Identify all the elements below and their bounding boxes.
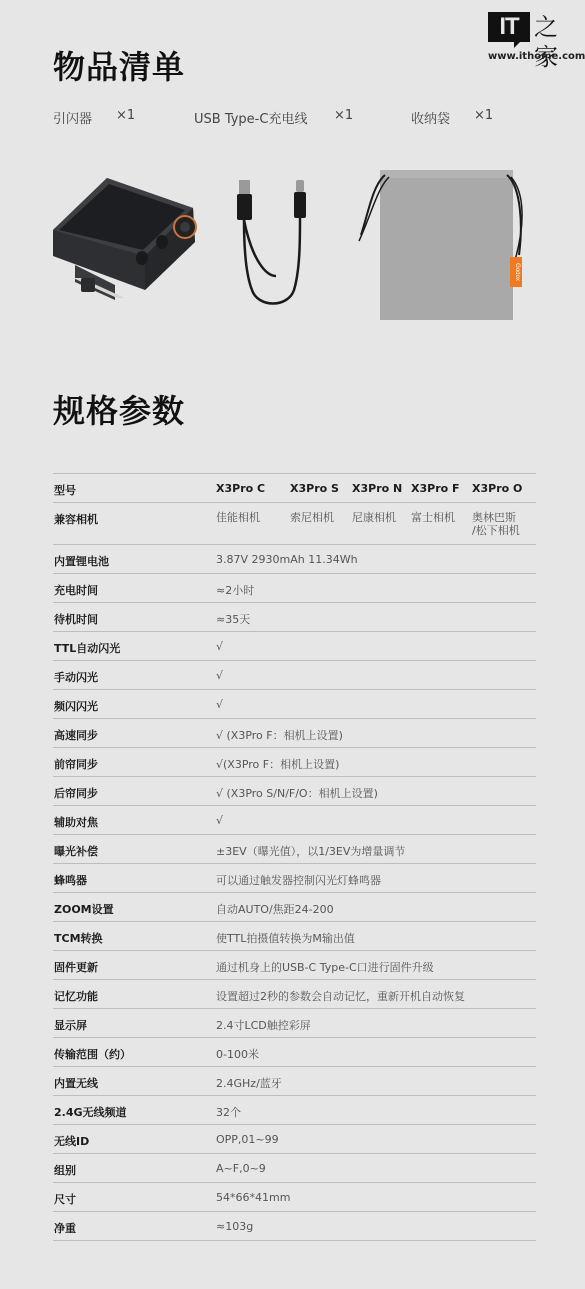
table-row: 无线IDOPP,01~99 bbox=[53, 1124, 536, 1153]
row-label: 固件更新 bbox=[54, 959, 98, 975]
row-value: √ bbox=[216, 814, 223, 827]
table-row: 传输范围（约）0-100米 bbox=[53, 1037, 536, 1066]
row-label: 型号 bbox=[54, 482, 76, 498]
table-header-row: 型号 X3Pro C X3Pro S X3Pro N X3Pro F X3Pro… bbox=[53, 473, 536, 502]
packing-list-title: 物品清单 bbox=[53, 42, 185, 88]
compat-value: 富士相机 bbox=[411, 511, 455, 524]
pack-item-qty: ×1 bbox=[474, 108, 493, 123]
row-label: 2.4G无线频道 bbox=[54, 1104, 127, 1120]
row-label: 曝光补偿 bbox=[54, 843, 98, 859]
pack-item-name: USB Type-C充电线 bbox=[194, 108, 307, 127]
row-value: OPP,01~99 bbox=[216, 1133, 279, 1146]
row-value: 自动AUTO/焦距24-200 bbox=[216, 901, 334, 917]
table-row: 内置锂电池3.87V 2930mAh 11.34Wh bbox=[53, 544, 536, 573]
compat-value: 奥林巴斯 /松下相机 bbox=[472, 511, 520, 537]
table-row: ZOOM设置自动AUTO/焦距24-200 bbox=[53, 892, 536, 921]
model-header: X3Pro C bbox=[216, 482, 265, 495]
pack-item-qty: ×1 bbox=[334, 108, 353, 123]
ithome-logo: IT 之家 www.ithome.com bbox=[488, 12, 580, 67]
row-label: 无线ID bbox=[54, 1133, 89, 1149]
logo-speech-tail bbox=[514, 42, 520, 48]
logo-it-box: IT bbox=[488, 12, 530, 42]
row-value: ≈2小时 bbox=[216, 582, 254, 598]
row-label: 显示屏 bbox=[54, 1017, 87, 1033]
spec-rows: 内置锂电池3.87V 2930mAh 11.34Wh充电时间≈2小时待机时间≈3… bbox=[53, 544, 536, 1241]
table-row: TTL自动闪光√ bbox=[53, 631, 536, 660]
row-value: 使TTL拍摄值转换为M输出值 bbox=[216, 930, 355, 946]
compat-value: 尼康相机 bbox=[352, 511, 396, 524]
row-value: 2.4GHz/蓝牙 bbox=[216, 1075, 282, 1091]
row-value: ≈103g bbox=[216, 1220, 253, 1233]
row-value: 可以通过触发器控制闪光灯蜂鸣器 bbox=[216, 872, 381, 888]
row-label: 兼容相机 bbox=[54, 511, 98, 527]
row-label: 记忆功能 bbox=[54, 988, 98, 1004]
table-row: 频闪闪光√ bbox=[53, 689, 536, 718]
row-value: 设置超过2秒的参数会自动记忆，重新开机自动恢复 bbox=[216, 988, 465, 1004]
model-header: X3Pro N bbox=[352, 482, 402, 495]
usb-cable-image bbox=[232, 180, 312, 315]
table-row: 蜂鸣器可以通过触发器控制闪光灯蜂鸣器 bbox=[53, 863, 536, 892]
table-row: 固件更新通过机身上的USB-C Type-C口进行固件升级 bbox=[53, 950, 536, 979]
row-label: 充电时间 bbox=[54, 582, 98, 598]
model-header: X3Pro F bbox=[411, 482, 460, 495]
specs-title: 规格参数 bbox=[53, 386, 185, 432]
row-label: 前帘同步 bbox=[54, 756, 98, 772]
row-label: 频闪闪光 bbox=[54, 698, 98, 714]
storage-pouch-image: Godox bbox=[355, 165, 535, 325]
row-value: √ bbox=[216, 640, 223, 653]
compat-value: 索尼相机 bbox=[290, 511, 334, 524]
specs-table: 型号 X3Pro C X3Pro S X3Pro N X3Pro F X3Pro… bbox=[53, 473, 536, 1241]
compat-value: 佳能相机 bbox=[216, 511, 260, 524]
model-header: X3Pro S bbox=[290, 482, 339, 495]
row-value: 54*66*41mm bbox=[216, 1191, 290, 1204]
logo-chinese-text: 之家 bbox=[534, 12, 580, 72]
row-label: 高速同步 bbox=[54, 727, 98, 743]
table-row: 高速同步√ (X3Pro F：相机上设置) bbox=[53, 718, 536, 747]
row-label: TCM转换 bbox=[54, 930, 103, 946]
row-value: √ bbox=[216, 698, 223, 711]
row-label: 内置无线 bbox=[54, 1075, 98, 1091]
logo-url: www.ithome.com bbox=[488, 51, 585, 62]
table-row: TCM转换使TTL拍摄值转换为M输出值 bbox=[53, 921, 536, 950]
table-row: 手动闪光√ bbox=[53, 660, 536, 689]
table-row: 待机时间≈35天 bbox=[53, 602, 536, 631]
row-value: 3.87V 2930mAh 11.34Wh bbox=[216, 553, 358, 566]
table-row: 组别A~F,0~9 bbox=[53, 1153, 536, 1182]
row-value: √ (X3Pro F：相机上设置) bbox=[216, 727, 343, 743]
table-row: 2.4G无线频道32个 bbox=[53, 1095, 536, 1124]
row-value: √ bbox=[216, 669, 223, 682]
row-value: √ (X3Pro S/N/F/O：相机上设置) bbox=[216, 785, 378, 801]
row-label: 待机时间 bbox=[54, 611, 98, 627]
table-row-compat: 兼容相机 佳能相机 索尼相机 尼康相机 富士相机 奥林巴斯 /松下相机 bbox=[53, 502, 536, 544]
svg-text:Godox: Godox bbox=[514, 263, 520, 281]
row-value: 0-100米 bbox=[216, 1046, 259, 1062]
row-label: ZOOM设置 bbox=[54, 901, 114, 917]
row-value: ±3EV（曝光值），以1/3EV为增量调节 bbox=[216, 843, 405, 859]
row-label: TTL自动闪光 bbox=[54, 640, 120, 656]
row-value: A~F,0~9 bbox=[216, 1162, 266, 1175]
row-label: 蜂鸣器 bbox=[54, 872, 87, 888]
row-label: 传输范围（约） bbox=[54, 1046, 131, 1062]
flash-trigger-image bbox=[45, 170, 205, 310]
row-value: 32个 bbox=[216, 1104, 241, 1120]
row-label: 内置锂电池 bbox=[54, 553, 109, 569]
row-label: 手动闪光 bbox=[54, 669, 98, 685]
table-row: 记忆功能设置超过2秒的参数会自动记忆，重新开机自动恢复 bbox=[53, 979, 536, 1008]
row-value: 2.4寸LCD触控彩屏 bbox=[216, 1017, 311, 1033]
row-value: ≈35天 bbox=[216, 611, 250, 627]
table-row: 曝光补偿±3EV（曝光值），以1/3EV为增量调节 bbox=[53, 834, 536, 863]
table-row: 充电时间≈2小时 bbox=[53, 573, 536, 602]
table-row: 辅助对焦√ bbox=[53, 805, 536, 834]
row-label: 净重 bbox=[54, 1220, 76, 1236]
pack-item-name: 收纳袋 bbox=[411, 108, 450, 127]
row-label: 辅助对焦 bbox=[54, 814, 98, 830]
pack-item-name: 引闪器 bbox=[53, 108, 92, 127]
row-value: 通过机身上的USB-C Type-C口进行固件升级 bbox=[216, 959, 434, 975]
table-row: 前帘同步√(X3Pro F：相机上设置) bbox=[53, 747, 536, 776]
row-label: 后帘同步 bbox=[54, 785, 98, 801]
table-row: 净重≈103g bbox=[53, 1211, 536, 1241]
table-row: 后帘同步√ (X3Pro S/N/F/O：相机上设置) bbox=[53, 776, 536, 805]
model-header: X3Pro O bbox=[472, 482, 522, 495]
table-row: 内置无线2.4GHz/蓝牙 bbox=[53, 1066, 536, 1095]
row-value: √(X3Pro F：相机上设置) bbox=[216, 756, 339, 772]
row-label: 组别 bbox=[54, 1162, 76, 1178]
pack-item-qty: ×1 bbox=[116, 108, 135, 123]
table-row: 尺寸54*66*41mm bbox=[53, 1182, 536, 1211]
table-row: 显示屏2.4寸LCD触控彩屏 bbox=[53, 1008, 536, 1037]
row-label: 尺寸 bbox=[54, 1191, 76, 1207]
